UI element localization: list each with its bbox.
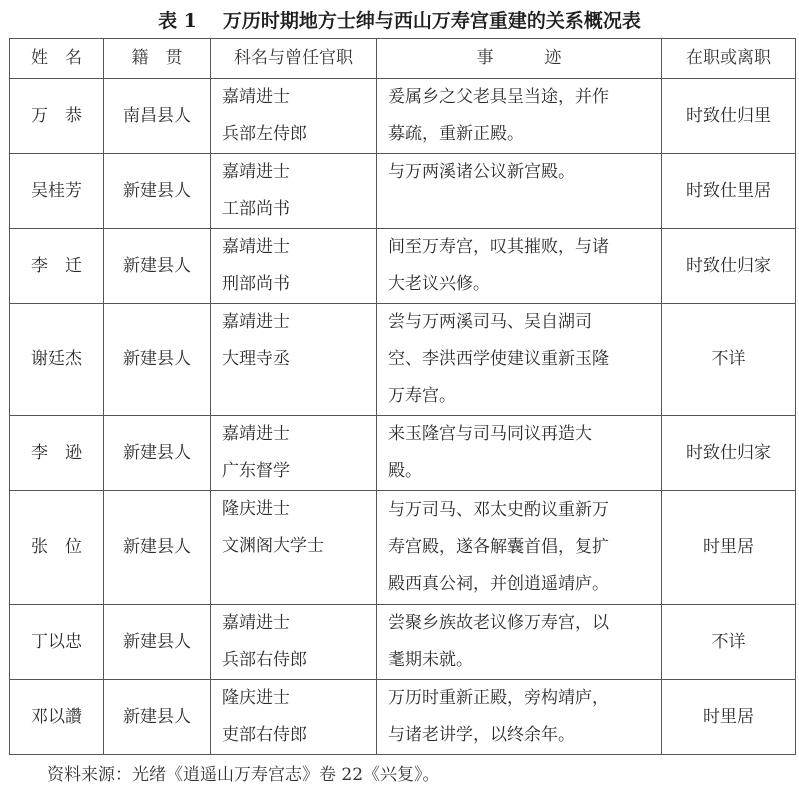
- table-row: 邓以讚 新建县人 隆庆进士 吏部右侍郎 万历时重新正殿，旁构靖庐， 与诸老讲学，…: [10, 680, 796, 755]
- header-name: 姓 名: [10, 39, 104, 79]
- cell-degree-office: 嘉靖进士 兵部左侍郎: [211, 79, 377, 154]
- office: 大理寺丞: [222, 341, 376, 378]
- header-deeds: 事 迹: [377, 39, 662, 79]
- cell-deeds: 尝聚乡族故老议修万寿宫，以 耄期未就。: [377, 605, 662, 680]
- office: 工部尚书: [222, 191, 376, 228]
- degree: 隆庆进士: [222, 491, 376, 528]
- deeds-line: 耄期未就。: [388, 642, 653, 679]
- table-number: 表 1: [158, 10, 197, 32]
- cell-name: 谢廷杰: [10, 304, 104, 416]
- table-row: 谢廷杰 新建县人 嘉靖进士 大理寺丞 尝与万两溪司马、吴自湖司 空、李洪西学使建…: [10, 304, 796, 416]
- cell-deeds: 间至万寿宫，叹其摧败，与诸 大老议兴修。: [377, 229, 662, 304]
- deeds-line: 殿。: [388, 453, 653, 490]
- degree: 嘉靖进士: [222, 416, 376, 453]
- table-row: 张 位 新建县人 隆庆进士 文渊阁大学士 与万司马、邓太史酌议重新万 寿宫殿，遂…: [10, 491, 796, 605]
- deeds-line: 来玉隆宫与司马同议再造大: [388, 416, 653, 453]
- table-caption: 万历时期地方士绅与西山万寿宫重建的关系概况表: [223, 10, 641, 32]
- deeds-line: 空、李洪西学使建议重新玉隆: [388, 341, 653, 378]
- table-row: 李 迁 新建县人 嘉靖进士 刑部尚书 间至万寿宫，叹其摧败，与诸 大老议兴修。 …: [10, 229, 796, 304]
- cell-name: 李 迁: [10, 229, 104, 304]
- cell-name: 张 位: [10, 491, 104, 605]
- table-row: 万 恭 南昌县人 嘉靖进士 兵部左侍郎 爰属乡之父老具呈当途，并作 募疏，重新正…: [10, 79, 796, 154]
- cell-origin: 新建县人: [104, 154, 211, 229]
- cell-origin: 新建县人: [104, 491, 211, 605]
- office: 兵部右侍郎: [222, 642, 376, 679]
- deeds-line: 与万司马、邓太史酌议重新万: [388, 492, 653, 529]
- cell-deeds: 万历时重新正殿，旁构靖庐， 与诸老讲学，以终余年。: [377, 680, 662, 755]
- degree: 隆庆进士: [222, 680, 376, 717]
- deeds-line: 募疏，重新正殿。: [388, 116, 653, 153]
- office: 文渊阁大学士: [222, 528, 376, 565]
- cell-degree-office: 嘉靖进士 兵部右侍郎: [211, 605, 377, 680]
- degree: 嘉靖进士: [222, 79, 376, 116]
- deeds-line: 寿宫殿，遂各解囊首倡，复扩: [388, 529, 653, 566]
- cell-origin: 新建县人: [104, 304, 211, 416]
- cell-name: 万 恭: [10, 79, 104, 154]
- cell-origin: 新建县人: [104, 229, 211, 304]
- cell-status: 时致仕归里: [662, 79, 796, 154]
- cell-degree-office: 嘉靖进士 工部尚书: [211, 154, 377, 229]
- office: 广东督学: [222, 453, 376, 490]
- deeds-line: 尝与万两溪司马、吴自湖司: [388, 304, 653, 341]
- deeds-line: 间至万寿宫，叹其摧败，与诸: [388, 229, 653, 266]
- table-row: 李 逊 新建县人 嘉靖进士 广东督学 来玉隆宫与司马同议再造大 殿。 时致仕归家: [10, 416, 796, 491]
- deeds-line: 万寿宫。: [388, 378, 653, 415]
- degree: 嘉靖进士: [222, 304, 376, 341]
- deeds-line: 尝聚乡族故老议修万寿宫，以: [388, 605, 653, 642]
- header-origin: 籍 贯: [104, 39, 211, 79]
- cell-status: 不详: [662, 605, 796, 680]
- cell-deeds: 与万两溪诸公议新宫殿。: [377, 154, 662, 229]
- degree: 嘉靖进士: [222, 154, 376, 191]
- cell-origin: 新建县人: [104, 680, 211, 755]
- header-status: 在职或离职: [662, 39, 796, 79]
- degree: 嘉靖进士: [222, 229, 376, 266]
- deeds-line: 爰属乡之父老具呈当途，并作: [388, 79, 653, 116]
- degree: 嘉靖进士: [222, 605, 376, 642]
- deeds-line: 殿西真公祠，并创逍遥靖庐。: [388, 566, 653, 603]
- cell-status: 不详: [662, 304, 796, 416]
- office: 兵部左侍郎: [222, 116, 376, 153]
- table-row: 丁以忠 新建县人 嘉靖进士 兵部右侍郎 尝聚乡族故老议修万寿宫，以 耄期未就。 …: [10, 605, 796, 680]
- table-title: 表 1万历时期地方士绅与西山万寿宫重建的关系概况表: [0, 6, 799, 33]
- source-footnote: 资料来源：光绪《逍遥山万寿宫志》卷 22《兴复》。: [47, 760, 440, 785]
- header-row: 姓 名 籍 贯 科名与曾任官职 事 迹 在职或离职: [10, 39, 796, 79]
- office: 吏部右侍郎: [222, 717, 376, 754]
- gentry-table: 姓 名 籍 贯 科名与曾任官职 事 迹 在职或离职 万 恭 南昌县人 嘉靖进士 …: [9, 38, 796, 755]
- cell-origin: 新建县人: [104, 416, 211, 491]
- cell-degree-office: 嘉靖进士 大理寺丞: [211, 304, 377, 416]
- cell-status: 时致仕里居: [662, 154, 796, 229]
- deeds-line: 万历时重新正殿，旁构靖庐，: [388, 680, 653, 717]
- cell-origin: 南昌县人: [104, 79, 211, 154]
- cell-name: 丁以忠: [10, 605, 104, 680]
- cell-deeds: 与万司马、邓太史酌议重新万 寿宫殿，遂各解囊首倡，复扩 殿西真公祠，并创逍遥靖庐…: [377, 491, 662, 605]
- cell-name: 李 逊: [10, 416, 104, 491]
- cell-deeds: 来玉隆宫与司马同议再造大 殿。: [377, 416, 662, 491]
- cell-status: 时致仕归家: [662, 229, 796, 304]
- cell-status: 时致仕归家: [662, 416, 796, 491]
- header-degree-office: 科名与曾任官职: [211, 39, 377, 79]
- deeds-line: 与诸老讲学，以终余年。: [388, 717, 653, 754]
- cell-name: 吴桂芳: [10, 154, 104, 229]
- cell-deeds: 尝与万两溪司马、吴自湖司 空、李洪西学使建议重新玉隆 万寿宫。: [377, 304, 662, 416]
- deeds-line: 与万两溪诸公议新宫殿。: [388, 154, 653, 191]
- cell-deeds: 爰属乡之父老具呈当途，并作 募疏，重新正殿。: [377, 79, 662, 154]
- cell-status: 时里居: [662, 491, 796, 605]
- deeds-line: 大老议兴修。: [388, 266, 653, 303]
- cell-status: 时里居: [662, 680, 796, 755]
- cell-degree-office: 隆庆进士 吏部右侍郎: [211, 680, 377, 755]
- cell-degree-office: 嘉靖进士 刑部尚书: [211, 229, 377, 304]
- cell-degree-office: 嘉靖进士 广东督学: [211, 416, 377, 491]
- table-row: 吴桂芳 新建县人 嘉靖进士 工部尚书 与万两溪诸公议新宫殿。 时致仕里居: [10, 154, 796, 229]
- cell-name: 邓以讚: [10, 680, 104, 755]
- cell-origin: 新建县人: [104, 605, 211, 680]
- office: 刑部尚书: [222, 266, 376, 303]
- cell-degree-office: 隆庆进士 文渊阁大学士: [211, 491, 377, 605]
